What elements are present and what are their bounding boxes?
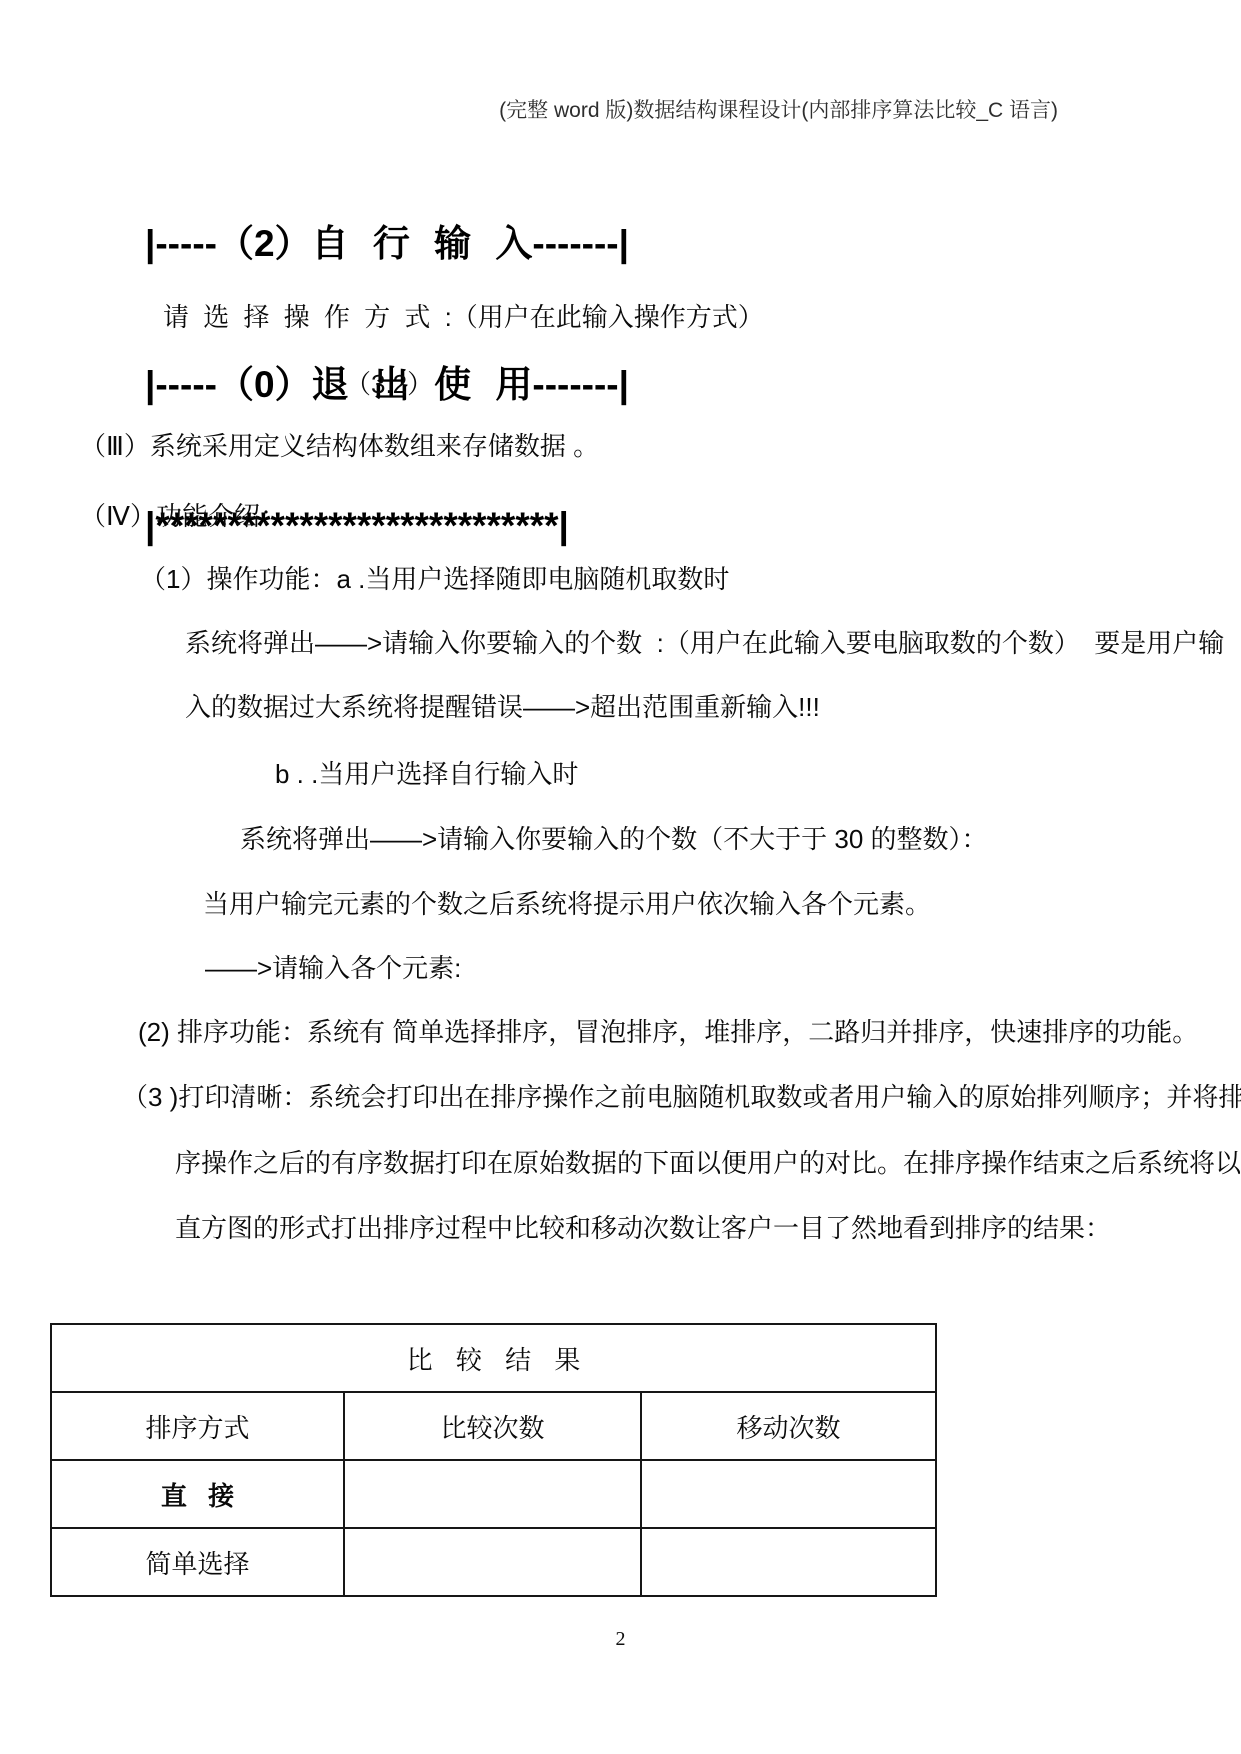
document-page: (完整 word 版)数据结构课程设计(内部排序算法比较_C 语言) |----… (0, 0, 1241, 1754)
table-header-row: 排序方式 比较次数 移动次数 (51, 1392, 936, 1460)
console-menu-line-input-manual: |-----（2）自 行 输 入-------| (145, 220, 629, 267)
line-feature-1-a-prompt: 系统将弹出——>请输入你要输入的个数 :（用户在此输入要电脑取数的个数） 要是用… (185, 627, 1224, 659)
col-header-compare-count: 比较次数 (344, 1392, 641, 1460)
cell-simple-select-compare-count (344, 1528, 641, 1596)
line-feature-3-print-2: 序操作之后的有序数据打印在原始数据的下面以便用户的对比。在排序操作结束之后系统将… (175, 1147, 1241, 1179)
cell-method-direct: 直 接 (51, 1460, 344, 1528)
cell-direct-move-count (641, 1460, 936, 1528)
line-feature-1-b-desc: 当用户输完元素的个数之后系统将提示用户依次输入各个元素。 (203, 888, 931, 920)
col-header-sort-method: 排序方式 (51, 1392, 344, 1460)
line-feature-1-operation: （1）操作功能：a .当用户选择随即电脑随机取数时 (140, 563, 729, 595)
table-title: 比 较 结 果 (51, 1324, 936, 1392)
cell-simple-select-move-count (641, 1528, 936, 1596)
line-feature-2-sorting: (2) 排序功能：系统有 简单选择排序，冒泡排序，堆排序，二路归并排序，快速排序… (138, 1016, 1198, 1048)
line-feature-1-a-error: 入的数据过大系统将提醒错误——>超出范围重新输入!!! (185, 691, 820, 723)
line-section-iii: （Ⅲ）系统采用定义结构体数组来存储数据 。 (80, 430, 599, 462)
document-header: (完整 word 版)数据结构课程设计(内部排序算法比较_C 语言) (0, 94, 1058, 124)
line-feature-3-print-3: 直方图的形式打出排序过程中比较和移动次数让客户一目了然地看到排序的结果： (175, 1212, 1111, 1244)
col-header-move-count: 移动次数 (641, 1392, 936, 1460)
line-select-operation-prompt: 请 选 择 操 作 方 式 :（用户在此输入操作方式） (163, 301, 764, 333)
table-row: 直 接 (51, 1460, 936, 1528)
comparison-result-table: 比 较 结 果 排序方式 比较次数 移动次数 直 接 简单选择 (50, 1323, 937, 1597)
line-figure-label-3-2: （3.2） (345, 368, 433, 400)
line-feature-1-b-prompt: 系统将弹出——>请输入你要输入的个数（不大于于 30 的整数）： (240, 823, 988, 855)
table-row: 简单选择 (51, 1528, 936, 1596)
cell-method-simple-select: 简单选择 (51, 1528, 344, 1596)
line-feature-1-b: b . .当用户选择自行输入时 (275, 758, 578, 790)
line-feature-3-print-1: （3 )打印清晰：系统会打印出在排序操作之前电脑随机取数或者用户输入的原始排列顺… (122, 1081, 1241, 1113)
cell-direct-compare-count (344, 1460, 641, 1528)
table-title-row: 比 较 结 果 (51, 1324, 936, 1392)
page-number: 2 (0, 1628, 1241, 1651)
line-section-iv: （Ⅳ）功能介绍： (80, 500, 286, 532)
line-input-elements-prompt: ——>请输入各个元素: (205, 952, 461, 984)
